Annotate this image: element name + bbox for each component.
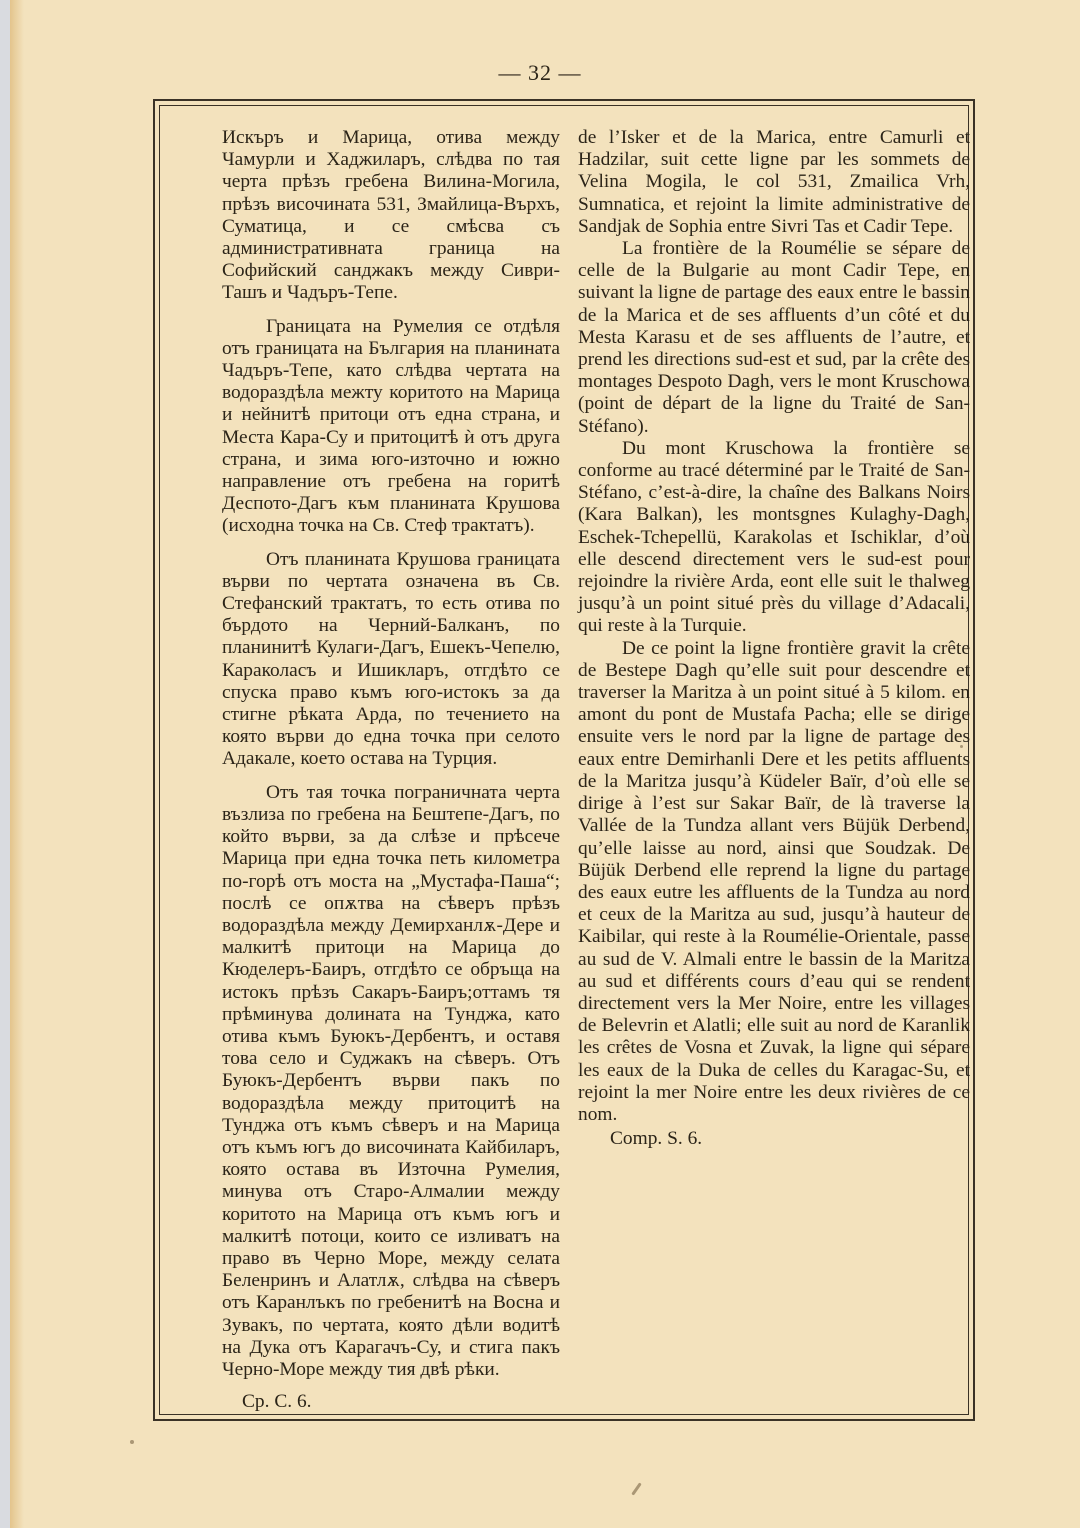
paper-speck <box>631 1482 641 1495</box>
reference-bg: Ср. С. 6. <box>222 1391 560 1413</box>
paragraph-fr-4: De ce point la ligne frontière gravit la… <box>578 638 970 1126</box>
paragraph-bg-3: Отъ планината Крушова границата върви по… <box>222 549 560 771</box>
bulgarian-text-column: Искъръ и Марица, отива между Чамурли и Х… <box>222 127 560 1413</box>
french-text-column: de l’Isker et de la Marica, entre Camurl… <box>578 127 970 1150</box>
page-number: — 32 — <box>0 60 1080 86</box>
scan-edge-strip <box>0 0 10 1528</box>
reference-fr: Comp. S. 6. <box>578 1128 970 1150</box>
paragraph-bg-1: Искъръ и Марица, отива между Чамурли и Х… <box>222 127 560 305</box>
paragraph-fr-3: Du mont Kruschowa la frontière se confor… <box>578 438 970 638</box>
paragraph-fr-1: de l’Isker et de la Marica, entre Camurl… <box>578 127 970 238</box>
paper-speck <box>960 745 963 748</box>
paragraph-bg-2: Границата на Румелия се отдѣля отъ грани… <box>222 316 560 538</box>
paragraph-fr-2: La frontière de la Roumélie se sépare de… <box>578 238 970 438</box>
paragraph-bg-4: Отъ тая точка пограничната черта възлиза… <box>222 782 560 1381</box>
page-gutter-shadow <box>10 0 24 1528</box>
paper-speck <box>130 1440 134 1444</box>
